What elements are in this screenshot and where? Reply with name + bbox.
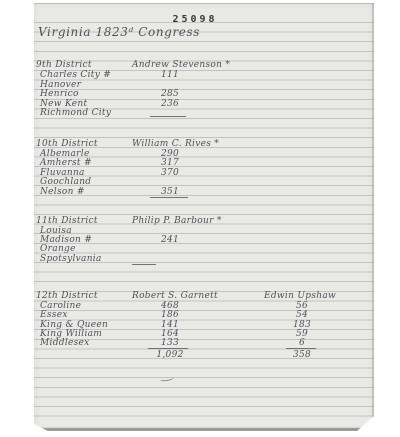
vote-value: 285: [128, 89, 212, 99]
district-header: 10th District: [36, 139, 98, 149]
vote-value: 133: [128, 338, 212, 348]
candidate-name: Edwin Upshaw: [264, 291, 336, 301]
county-label: Essex: [40, 310, 68, 320]
county-label: Henrico: [40, 89, 79, 99]
county-label: Richmond City: [40, 108, 111, 118]
scanned-page: 25098 Virginia 1823ᵈ Congress 9th Distri…: [0, 0, 400, 437]
county-label: Middlesex: [40, 338, 90, 348]
vote-value: 351: [128, 187, 212, 197]
sum-line: [148, 348, 188, 349]
county-label: Goochland: [40, 177, 91, 187]
vote-value: 236: [128, 99, 212, 109]
vote-value: 370: [128, 168, 212, 178]
vote-value: 186: [128, 310, 212, 320]
county-label: Spotsylvania: [40, 254, 102, 264]
vote-value: 54: [262, 310, 342, 320]
total-value: 1,092: [128, 350, 212, 360]
county-label: Orange: [40, 244, 76, 254]
candidate-name: Philip P. Barbour *: [132, 216, 222, 226]
total-value: 358: [262, 350, 342, 360]
vote-value: 317: [128, 158, 212, 168]
district-header: 12th District: [36, 291, 98, 301]
district-header: 9th District: [36, 60, 92, 70]
page-title: Virginia 1823ᵈ Congress: [38, 26, 200, 39]
sum-line: [132, 264, 156, 265]
candidate-name: William C. Rives *: [132, 139, 219, 149]
sum-line: [286, 348, 316, 349]
paper-bottom-shadow: [34, 428, 374, 431]
county-label: Nelson #: [40, 187, 85, 197]
county-label: Amherst #: [40, 158, 92, 168]
sum-line: [150, 197, 188, 198]
candidate-name: Andrew Stevenson *: [132, 60, 230, 70]
county-label: Charles City #: [40, 70, 111, 80]
vote-value: 6: [262, 338, 342, 348]
paper-top-edge: [34, 3, 374, 4]
district-header: 11th District: [36, 216, 98, 226]
catalog-number: 25098: [130, 14, 260, 25]
vote-value: 241: [128, 235, 212, 245]
vote-value: 111: [128, 70, 212, 80]
sum-line: [150, 116, 186, 117]
candidate-name: Robert S. Garnett: [132, 291, 218, 301]
